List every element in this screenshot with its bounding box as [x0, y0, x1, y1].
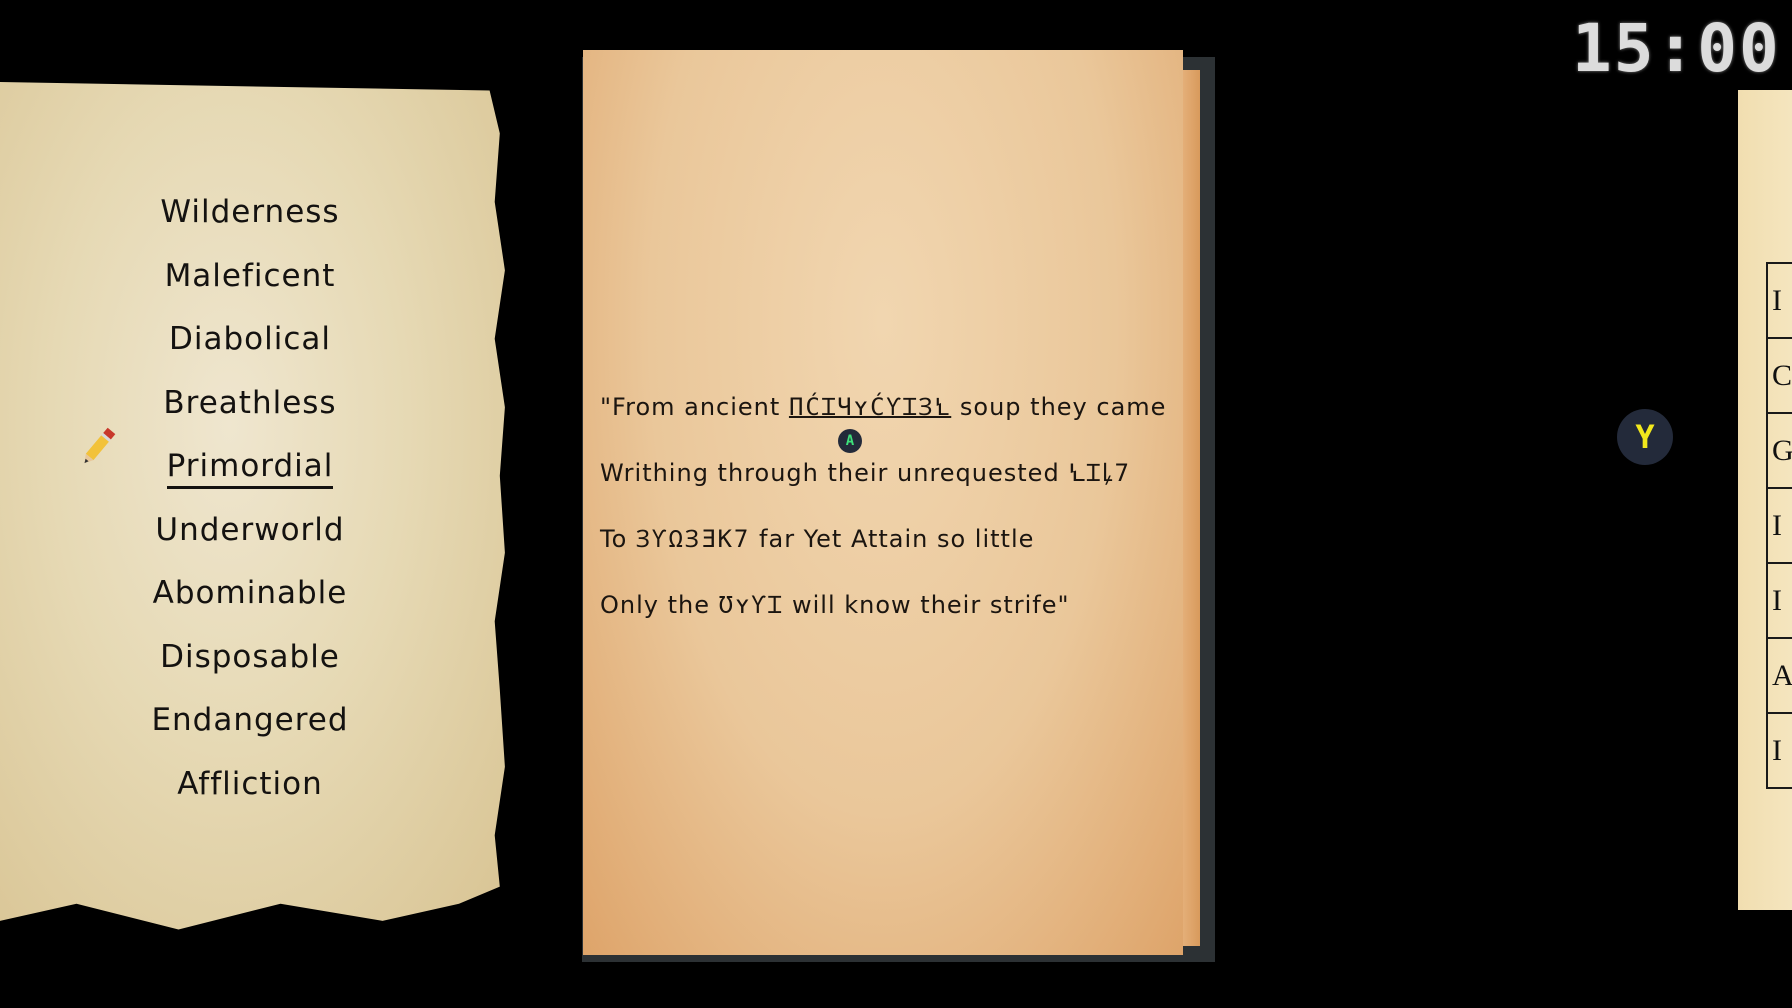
poem-text: "From ancient ΠĆꞮЧʏĆƳꞮꞫꝆ soup they came …: [600, 390, 1160, 654]
cipher-word[interactable]: ƱʏƳꞮ: [719, 591, 784, 619]
y-button-prompt[interactable]: Y: [1617, 409, 1673, 465]
poem-line: "From ancient ΠĆꞮЧʏĆƳꞮꞫꝆ soup they came: [600, 390, 1160, 456]
word-option[interactable]: Wilderness: [0, 190, 500, 254]
poem-line: Writhing through their unrequested ꝆꞮꝲ7: [600, 456, 1160, 522]
poem-line: To ꞫƳΩꞫƎK7 far Yet Attain so little: [600, 522, 1160, 588]
word-list: Wilderness Maleficent Diabolical Breathl…: [0, 190, 500, 825]
reference-table: I C G I I A I: [1766, 262, 1792, 789]
table-cell: G: [1766, 412, 1792, 487]
word-option[interactable]: Endangered: [0, 698, 500, 762]
poem-line: Only the ƱʏƳꞮ will know their strife": [600, 588, 1160, 654]
word-option[interactable]: Abominable: [0, 571, 500, 635]
table-cell: I: [1766, 562, 1792, 637]
cipher-word[interactable]: ꞫƳΩꞫƎK7: [636, 525, 750, 553]
word-option[interactable]: Maleficent: [0, 254, 500, 318]
table-cell: I: [1766, 262, 1792, 337]
table-cell: C: [1766, 337, 1792, 412]
word-option[interactable]: Underworld: [0, 508, 500, 572]
table-cell: I: [1766, 487, 1792, 562]
cipher-word[interactable]: ꝆꞮꝲ7: [1068, 459, 1131, 487]
word-option[interactable]: Disposable: [0, 635, 500, 699]
word-option[interactable]: Affliction: [0, 762, 500, 826]
pencil-icon: [75, 424, 121, 470]
word-option[interactable]: Diabolical: [0, 317, 500, 381]
table-cell: I: [1766, 712, 1792, 789]
table-cell: A: [1766, 637, 1792, 712]
countdown-timer: 15:00: [1572, 10, 1781, 87]
a-button-prompt[interactable]: A: [838, 429, 862, 453]
cipher-word-selected[interactable]: ΠĆꞮЧʏĆƳꞮꞫꝆ: [789, 393, 951, 421]
